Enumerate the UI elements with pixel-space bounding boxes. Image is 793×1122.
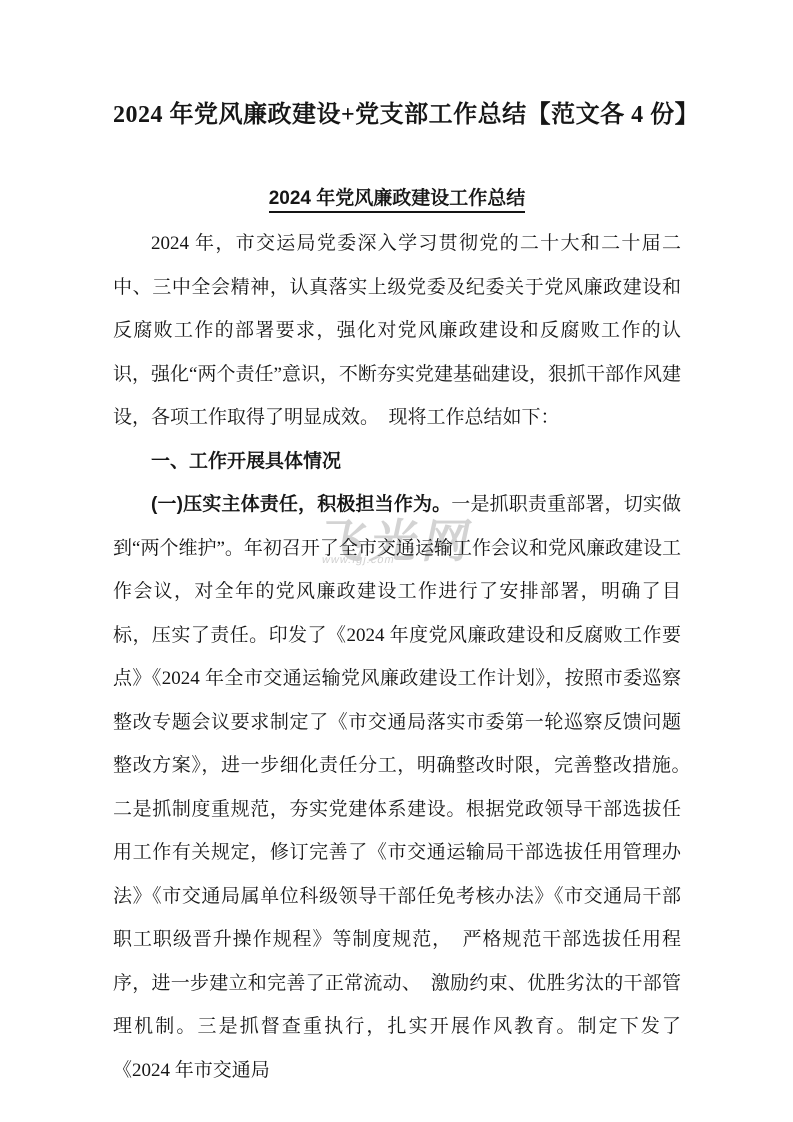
paragraph-intro: 2024 年，市交运局党委深入学习贯彻党的二十大和二十届二中、三中全会精神，认真… [113, 222, 681, 440]
section-subtitle-text: 2024 年党风廉政建设工作总结 [269, 188, 526, 213]
section-subtitle: 2024 年党风廉政建设工作总结 [113, 184, 681, 214]
document-title: 2024 年党风廉政建设+党支部工作总结【范文各 4 份】 [113, 97, 681, 133]
document-content: 2024 年党风廉政建设+党支部工作总结【范文各 4 份】 2024 年党风廉政… [113, 0, 681, 1092]
paragraph-section-1: (一)压实主体责任，积极担当作为。一是抓职责重部署，切实做到“两个维护”。年初召… [113, 483, 681, 1092]
document-page: 飞光网 www.fgj.com 2024 年党风廉政建设+党支部工作总结【范文各… [0, 0, 793, 1122]
paragraph-section-1-text: 一是抓职责重部署，切实做到“两个维护”。年初召开了全市交通运输工作会议和党风廉政… [113, 494, 700, 1081]
heading-work-overview: 一、工作开展具体情况 [113, 440, 681, 484]
paragraph-section-1-lead: (一)压实主体责任，积极担当作为。 [151, 494, 451, 515]
